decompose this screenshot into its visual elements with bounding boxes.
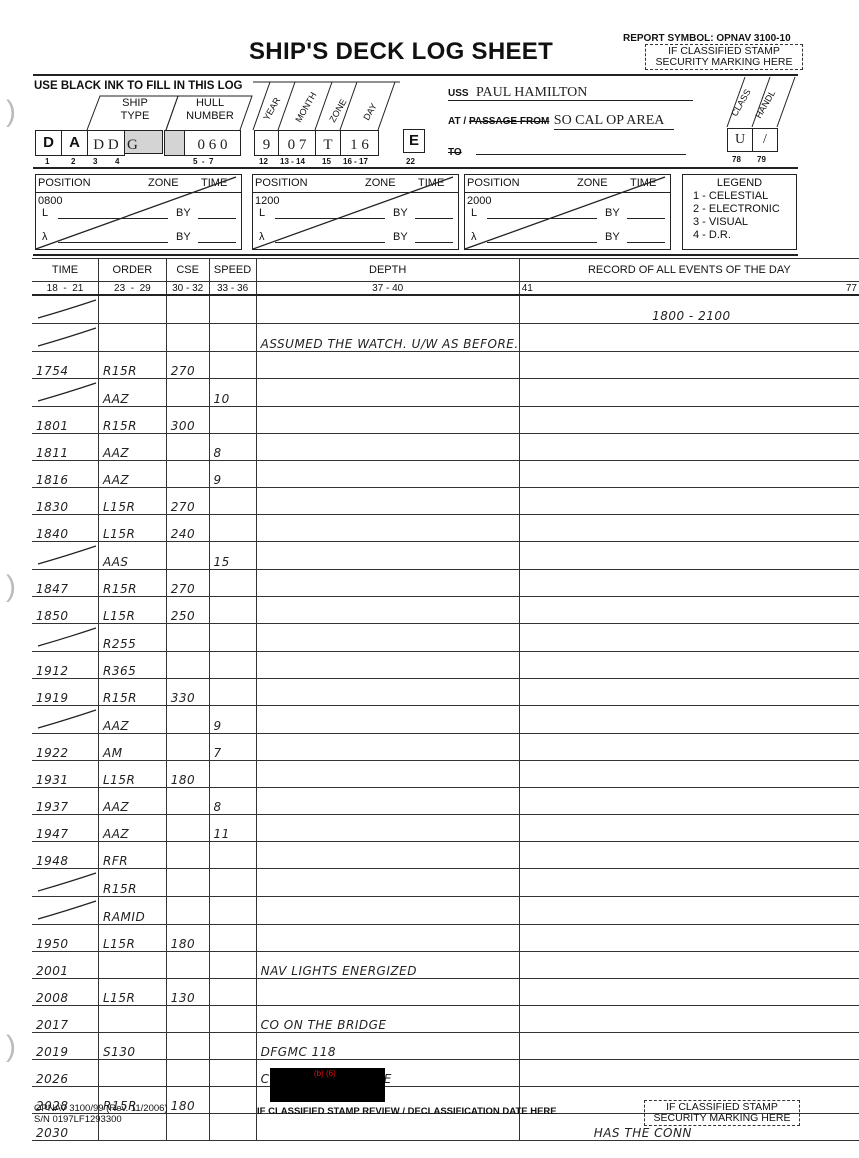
cell-order[interactable]: AAZ <box>99 788 167 815</box>
cell-depth[interactable] <box>256 1114 519 1141</box>
cell-order[interactable]: R15R <box>99 570 167 597</box>
cell-time[interactable]: 1931 <box>32 761 99 788</box>
slash-mark <box>36 324 98 348</box>
table-row: 1754R15R270 <box>32 352 859 379</box>
cell-depth[interactable] <box>256 488 519 515</box>
table-row: 1801R15R300 <box>32 407 859 434</box>
cell-time[interactable] <box>32 869 99 897</box>
cell-text: 8 <box>214 800 222 814</box>
cell-order[interactable] <box>99 324 167 352</box>
cell-speed[interactable] <box>209 1006 256 1033</box>
cell-depth[interactable] <box>256 515 519 542</box>
ship-type-field-1[interactable]: D D <box>87 130 125 156</box>
cell-depth[interactable] <box>256 461 519 488</box>
cell-order[interactable]: AAZ <box>99 461 167 488</box>
table-row: 1816AAZ9 <box>32 461 859 488</box>
cell-cse[interactable] <box>166 461 209 488</box>
cell-depth[interactable] <box>256 352 519 379</box>
position-box-1200[interactable]: POSITIONZONETIME1200LBYλBY <box>252 174 459 250</box>
cell-cse[interactable]: 330 <box>166 679 209 706</box>
col-record: RECORD OF ALL EVENTS OF THE DAY <box>519 259 859 282</box>
cell-record[interactable] <box>519 788 859 815</box>
cell-cse[interactable]: 180 <box>166 925 209 952</box>
cell-order[interactable]: AM <box>99 734 167 761</box>
slash-mark <box>36 542 98 566</box>
cell-record[interactable] <box>519 515 859 542</box>
col-num: 3 <box>93 157 97 166</box>
col-num: 33 - 36 <box>209 282 256 296</box>
cell-time[interactable]: 1922 <box>32 734 99 761</box>
cell-time[interactable] <box>32 624 99 652</box>
field-1[interactable]: D <box>35 130 62 156</box>
cell-text: 130 <box>171 991 195 1005</box>
cell-time[interactable] <box>32 295 99 324</box>
form-info: OPNAV 3100/99 (Rev. 11/2006) S/N 0197LF1… <box>34 1103 168 1125</box>
cell-text: 10 <box>214 392 230 406</box>
serial-number: S/N 0197LF1293300 <box>34 1114 168 1125</box>
cell-order[interactable]: RAMID <box>99 897 167 925</box>
cell-cse[interactable]: 130 <box>166 979 209 1006</box>
cell-speed[interactable]: 15 <box>209 542 256 570</box>
cell-time[interactable]: 1801 <box>32 407 99 434</box>
cell-speed[interactable] <box>209 1033 256 1060</box>
cell-text: HAS THE CONN <box>594 1126 692 1140</box>
cell-depth[interactable] <box>256 925 519 952</box>
report-symbol: REPORT SYMBOL: OPNAV 3100-10 <box>623 33 791 44</box>
stamp-line-2: SECURITY MARKING HERE <box>648 1113 796 1124</box>
cell-speed[interactable] <box>209 952 256 979</box>
cell-speed[interactable] <box>209 679 256 706</box>
cell-order[interactable] <box>99 1060 167 1087</box>
cell-record[interactable] <box>519 706 859 734</box>
col-num: 15 <box>322 157 331 166</box>
cell-cse[interactable] <box>166 842 209 869</box>
cell-order[interactable]: L15R <box>99 761 167 788</box>
cell-depth[interactable] <box>256 597 519 624</box>
cell-depth[interactable] <box>256 652 519 679</box>
cell-speed[interactable] <box>209 897 256 925</box>
cell-cse[interactable]: 270 <box>166 488 209 515</box>
cell-time[interactable] <box>32 542 99 570</box>
cell-time[interactable]: 1947 <box>32 815 99 842</box>
col-num: 4 <box>115 157 119 166</box>
cell-text: AAZ <box>103 827 129 841</box>
cell-record[interactable] <box>519 842 859 869</box>
cell-depth[interactable] <box>256 434 519 461</box>
col-time: TIME <box>32 259 99 282</box>
form-number: OPNAV 3100/99 (Rev. 11/2006) <box>34 1103 168 1114</box>
cell-speed[interactable] <box>209 1114 256 1141</box>
stamp-line-2: SECURITY MARKING HERE <box>649 57 799 68</box>
cell-record[interactable] <box>519 979 859 1006</box>
cell-speed[interactable] <box>209 407 256 434</box>
cell-record[interactable] <box>519 925 859 952</box>
cell-depth[interactable] <box>256 897 519 925</box>
cell-order[interactable]: R15R <box>99 352 167 379</box>
cell-speed[interactable]: 9 <box>209 706 256 734</box>
cell-speed[interactable]: 8 <box>209 788 256 815</box>
cell-depth[interactable]: DFGMC 118 <box>256 1033 519 1060</box>
cell-record[interactable] <box>519 761 859 788</box>
day-field[interactable]: 1 6 <box>340 130 379 156</box>
cell-record[interactable] <box>519 488 859 515</box>
cell-speed[interactable] <box>209 925 256 952</box>
table-row: 1840L15R240 <box>32 515 859 542</box>
cell-time[interactable]: 2017 <box>32 1006 99 1033</box>
col-depth: DEPTH <box>256 259 519 282</box>
cell-order[interactable]: R15R <box>99 869 167 897</box>
col-num: 79 <box>757 155 766 164</box>
cell-order[interactable]: R255 <box>99 624 167 652</box>
col-num: 41 77 <box>519 282 859 296</box>
cell-order[interactable] <box>99 295 167 324</box>
table-row: 1922AM7 <box>32 734 859 761</box>
month-field[interactable]: 0 7 <box>278 130 316 156</box>
divider <box>33 167 798 169</box>
cell-record[interactable] <box>519 352 859 379</box>
table-row: 1947AAZ11 <box>32 815 859 842</box>
cell-order[interactable]: L15R <box>99 597 167 624</box>
cell-text: RFR <box>103 854 128 868</box>
cell-depth[interactable] <box>256 869 519 897</box>
cell-cse[interactable] <box>166 706 209 734</box>
cell-text: 250 <box>171 609 195 623</box>
cell-speed[interactable] <box>209 1087 256 1114</box>
table-row: 1919R15R330 <box>32 679 859 706</box>
zone-field[interactable]: T <box>315 130 341 156</box>
security-stamp-area-bottom: IF CLASSIFIED STAMP SECURITY MARKING HER… <box>644 1100 800 1126</box>
col-num: 18 - 21 <box>32 282 99 296</box>
passage-from-value[interactable]: SO CAL OP AREA <box>554 113 674 130</box>
cell-cse[interactable]: 180 <box>166 761 209 788</box>
field-2[interactable]: A <box>61 130 88 156</box>
cell-time[interactable]: 1950 <box>32 925 99 952</box>
cell-order[interactable]: R15R <box>99 679 167 706</box>
ship-type-field-2[interactable]: G <box>124 130 163 154</box>
cell-text: AM <box>103 746 123 760</box>
legend-item: 1 - CELESTIAL <box>683 190 796 203</box>
cell-cse[interactable] <box>166 542 209 570</box>
cell-cse[interactable] <box>166 952 209 979</box>
cell-record[interactable] <box>519 1060 859 1087</box>
cell-depth[interactable] <box>256 815 519 842</box>
cell-cse[interactable] <box>166 434 209 461</box>
cell-speed[interactable] <box>209 761 256 788</box>
uss-label: USS <box>448 88 469 99</box>
cell-depth[interactable] <box>256 788 519 815</box>
cell-depth[interactable] <box>256 761 519 788</box>
cell-record[interactable] <box>519 897 859 925</box>
field-22[interactable]: E <box>403 129 425 153</box>
declassification-label: IF CLASSIFIED STAMP REVIEW / DECLASSIFIC… <box>257 1106 557 1117</box>
cell-text: 2030 <box>36 1126 69 1140</box>
cell-cse[interactable]: 270 <box>166 352 209 379</box>
handl-field[interactable]: / <box>752 128 778 152</box>
cell-speed[interactable] <box>209 869 256 897</box>
table-row: 2019S130DFGMC 118 <box>32 1033 859 1060</box>
cell-speed[interactable] <box>209 488 256 515</box>
cell-text: 1948 <box>36 854 69 868</box>
cell-text: S130 <box>103 1045 136 1059</box>
cell-record[interactable] <box>519 679 859 706</box>
cell-speed[interactable] <box>209 652 256 679</box>
cell-cse[interactable] <box>166 295 209 324</box>
cell-cse[interactable] <box>166 897 209 925</box>
cell-depth[interactable]: NAV LIGHTS ENERGIZED <box>256 952 519 979</box>
cell-depth[interactable] <box>256 679 519 706</box>
hull-number-field[interactable]: 0 6 0 <box>184 130 241 156</box>
cell-record[interactable] <box>519 379 859 407</box>
cell-speed[interactable] <box>209 979 256 1006</box>
cell-order[interactable] <box>99 952 167 979</box>
cell-depth[interactable] <box>256 734 519 761</box>
cell-cse[interactable]: 240 <box>166 515 209 542</box>
cell-record[interactable] <box>519 434 859 461</box>
label-line: HULL <box>180 97 240 110</box>
cell-record[interactable] <box>519 570 859 597</box>
cell-cse[interactable]: 270 <box>166 570 209 597</box>
class-field[interactable]: U <box>727 128 753 152</box>
cell-cse[interactable] <box>166 379 209 407</box>
cell-record[interactable] <box>519 952 859 979</box>
table-row: 1811AAZ8 <box>32 434 859 461</box>
cell-speed[interactable] <box>209 624 256 652</box>
cell-order[interactable]: AAZ <box>99 815 167 842</box>
cell-time[interactable]: 1937 <box>32 788 99 815</box>
cell-text: 1816 <box>36 473 69 487</box>
cell-text: 2001 <box>36 964 69 978</box>
cell-time[interactable]: 1919 <box>32 679 99 706</box>
cell-cse[interactable] <box>166 869 209 897</box>
table-row: 2008L15R130 <box>32 979 859 1006</box>
cell-speed[interactable] <box>209 597 256 624</box>
cell-record[interactable] <box>519 324 859 352</box>
cell-time[interactable]: 1811 <box>32 434 99 461</box>
cell-order[interactable]: L15R <box>99 979 167 1006</box>
table-row: AAZ9 <box>32 706 859 734</box>
cell-order[interactable]: L15R <box>99 488 167 515</box>
cell-cse[interactable] <box>166 1033 209 1060</box>
punch-mark: ) <box>6 570 16 604</box>
cell-text: L15R <box>103 773 135 787</box>
table-header: TIME ORDER CSE SPEED DEPTH RECORD OF ALL… <box>32 259 859 282</box>
cell-text: 300 <box>171 419 195 433</box>
cell-text: R15R <box>103 364 137 378</box>
table-row: 1850L15R250 <box>32 597 859 624</box>
cell-text: CO ON THE BRIDGE <box>261 1018 387 1032</box>
position-box-0800[interactable]: POSITIONZONETIME0800LBYλBY <box>35 174 242 250</box>
table-row: 2017CO ON THE BRIDGE <box>32 1006 859 1033</box>
cell-text: 180 <box>171 937 195 951</box>
cell-order[interactable]: R15R <box>99 407 167 434</box>
cell-order[interactable]: L15R <box>99 925 167 952</box>
cell-depth[interactable]: ASSUMED THE WATCH. U/W AS BEFORE. <box>256 324 519 352</box>
cell-speed[interactable] <box>209 295 256 324</box>
cell-order[interactable]: AAZ <box>99 434 167 461</box>
cell-record[interactable] <box>519 869 859 897</box>
cell-record[interactable] <box>519 1006 859 1033</box>
cell-time[interactable]: 1948 <box>32 842 99 869</box>
cell-cse[interactable] <box>166 624 209 652</box>
cell-time[interactable]: 1850 <box>32 597 99 624</box>
cell-time[interactable]: 2026 <box>32 1060 99 1087</box>
cell-cse[interactable] <box>166 1006 209 1033</box>
label-line: SHIP <box>112 97 158 110</box>
cell-order[interactable]: AAS <box>99 542 167 570</box>
cell-cse[interactable] <box>166 1060 209 1087</box>
cell-record[interactable] <box>519 542 859 570</box>
cell-time[interactable]: 2019 <box>32 1033 99 1060</box>
table-row: 1937AAZ8 <box>32 788 859 815</box>
cell-text: 240 <box>171 527 195 541</box>
cell-cse[interactable] <box>166 734 209 761</box>
cell-text: R15R <box>103 882 137 896</box>
uss-value[interactable]: PAUL HAMILTON <box>476 85 587 100</box>
cell-speed[interactable]: 11 <box>209 815 256 842</box>
cell-order[interactable]: AAZ <box>99 706 167 734</box>
table-row: 1931L15R180 <box>32 761 859 788</box>
cell-speed[interactable] <box>209 352 256 379</box>
cell-text: L15R <box>103 527 135 541</box>
cell-order[interactable]: S130 <box>99 1033 167 1060</box>
passage-from-label: PASSAGE FROM <box>469 116 549 127</box>
cell-cse[interactable]: 250 <box>166 597 209 624</box>
cell-text: AAZ <box>103 800 129 814</box>
cell-speed[interactable] <box>209 570 256 597</box>
table-row: AAZ10 <box>32 379 859 407</box>
cell-text: ASSUMED THE WATCH. U/W AS BEFORE. <box>261 337 519 351</box>
cell-record[interactable] <box>519 624 859 652</box>
cell-depth[interactable] <box>256 624 519 652</box>
cell-cse[interactable] <box>166 1114 209 1141</box>
cell-depth[interactable]: CO ON THE BRIDGE <box>256 1006 519 1033</box>
cell-depth[interactable] <box>256 570 519 597</box>
cell-speed[interactable]: 7 <box>209 734 256 761</box>
col-num: 22 <box>406 157 415 166</box>
cell-cse[interactable] <box>166 788 209 815</box>
cell-text: 270 <box>171 582 195 596</box>
cell-time[interactable] <box>32 379 99 407</box>
table-row: 1948RFR <box>32 842 859 869</box>
cell-time[interactable] <box>32 706 99 734</box>
table-row: 1950L15R180 <box>32 925 859 952</box>
slash-mark <box>36 706 98 730</box>
cell-time[interactable]: 1847 <box>32 570 99 597</box>
col-num: 5 - 7 <box>193 157 213 166</box>
cell-text: 2017 <box>36 1018 69 1032</box>
cell-text: 1950 <box>36 937 69 951</box>
cell-time[interactable]: 1816 <box>32 461 99 488</box>
cell-record[interactable]: 1800 - 2100 <box>519 295 859 324</box>
to-label: TO <box>448 147 462 158</box>
cell-depth[interactable] <box>256 407 519 434</box>
cell-time[interactable]: 2001 <box>32 952 99 979</box>
cell-order[interactable]: L15R <box>99 515 167 542</box>
cell-time[interactable]: 1830 <box>32 488 99 515</box>
security-stamp-area-top: IF CLASSIFIED STAMP SECURITY MARKING HER… <box>645 44 803 70</box>
col-num-41: 41 <box>522 283 533 294</box>
cell-depth[interactable] <box>256 542 519 570</box>
cell-text: AAZ <box>103 719 129 733</box>
cell-text: L15R <box>103 500 135 514</box>
col-num: 13 - 14 <box>280 157 305 166</box>
cell-time[interactable]: 1912 <box>32 652 99 679</box>
uss-field[interactable]: USS PAUL HAMILTON <box>448 83 693 101</box>
cell-speed[interactable]: 10 <box>209 379 256 407</box>
cell-text: R15R <box>103 691 137 705</box>
hull-number-prefix <box>164 130 185 156</box>
cell-text: 1847 <box>36 582 69 596</box>
cell-order[interactable] <box>99 1006 167 1033</box>
cell-depth[interactable] <box>256 379 519 407</box>
legend-item: 4 - D.R. <box>683 229 796 242</box>
cell-time[interactable] <box>32 324 99 352</box>
cell-record[interactable] <box>519 461 859 488</box>
cell-depth[interactable] <box>256 979 519 1006</box>
cell-text: 9 <box>214 719 222 733</box>
cell-record[interactable] <box>519 652 859 679</box>
position-box-2000[interactable]: POSITIONZONETIME2000LBYλBY <box>464 174 671 250</box>
cell-record[interactable] <box>519 815 859 842</box>
cell-depth[interactable] <box>256 295 519 324</box>
cell-cse[interactable]: 300 <box>166 407 209 434</box>
hull-number-label: HULL NUMBER <box>180 97 240 123</box>
cell-cse[interactable]: 180 <box>166 1087 209 1114</box>
passage-from-field[interactable]: AT / PASSAGE FROM SO CAL OP AREA <box>448 111 693 128</box>
cell-text: 1922 <box>36 746 69 760</box>
cell-time[interactable]: 2008 <box>32 979 99 1006</box>
cell-text: 1937 <box>36 800 69 814</box>
cell-cse[interactable] <box>166 324 209 352</box>
to-field[interactable]: TO <box>448 142 693 156</box>
cell-record[interactable] <box>519 597 859 624</box>
col-num: 23 - 29 <box>99 282 167 296</box>
cell-cse[interactable] <box>166 652 209 679</box>
cell-speed[interactable] <box>209 1060 256 1087</box>
cell-speed[interactable]: 8 <box>209 434 256 461</box>
cell-time[interactable]: 1840 <box>32 515 99 542</box>
to-value[interactable] <box>476 154 686 155</box>
cell-text: 270 <box>171 500 195 514</box>
cell-record[interactable] <box>519 734 859 761</box>
cell-text: 2019 <box>36 1045 69 1059</box>
cell-time[interactable] <box>32 897 99 925</box>
cell-speed[interactable] <box>209 515 256 542</box>
cell-text: AAZ <box>103 473 129 487</box>
cell-order[interactable]: R365 <box>99 652 167 679</box>
cell-text: 180 <box>171 1099 195 1113</box>
cell-depth[interactable] <box>256 706 519 734</box>
cell-text: 11 <box>214 827 230 841</box>
cell-record[interactable] <box>519 407 859 434</box>
table-row: AAS15 <box>32 542 859 570</box>
cell-text: 1947 <box>36 827 69 841</box>
slash-mark <box>36 869 98 893</box>
cell-order[interactable]: RFR <box>99 842 167 869</box>
cell-order[interactable]: AAZ <box>99 379 167 407</box>
cell-text: R15R <box>103 419 137 433</box>
cell-record[interactable] <box>519 1033 859 1060</box>
cell-text: 1800 - 2100 <box>652 309 731 323</box>
cell-cse[interactable] <box>166 815 209 842</box>
cell-speed[interactable] <box>209 324 256 352</box>
cell-depth[interactable] <box>256 842 519 869</box>
table-row: 1912R365 <box>32 652 859 679</box>
cell-time[interactable]: 1754 <box>32 352 99 379</box>
cell-speed[interactable] <box>209 842 256 869</box>
year-field[interactable]: 9 <box>254 130 279 156</box>
cell-speed[interactable]: 9 <box>209 461 256 488</box>
